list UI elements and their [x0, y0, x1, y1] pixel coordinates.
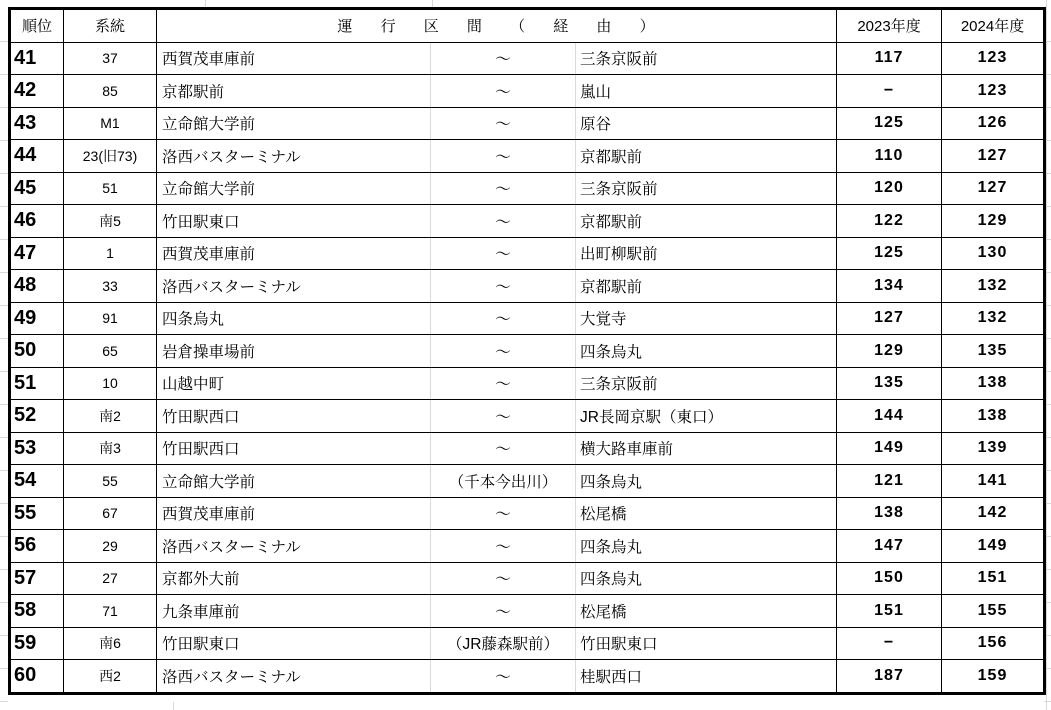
table-row: 4285京都駅前～嵐山−123 [10, 75, 1045, 108]
rank-cell: 55 [10, 497, 64, 530]
rank-cell: 51 [10, 367, 64, 400]
destination-cell: 桂駅西口 [576, 660, 837, 694]
origin-cell: 洛西バスターミナル [157, 660, 431, 694]
bus-route-ranking-table: 順位 系統 運 行 区 間 （ 経 由 ） 2023年度 2024年度 4137… [8, 7, 1046, 695]
fy2024-value-cell: 142 [942, 497, 1045, 530]
rank-cell: 44 [10, 140, 64, 173]
rank-cell: 58 [10, 595, 64, 628]
rank-cell: 49 [10, 302, 64, 335]
fy2024-value-cell: 159 [942, 660, 1045, 694]
header-rank: 順位 [10, 9, 64, 43]
fy2024-value-cell: 138 [942, 400, 1045, 433]
table-row: 4423(旧73)洛西バスターミナル～京都駅前110127 [10, 140, 1045, 173]
route-number-cell: 南2 [64, 400, 157, 433]
via-cell: ～ [431, 270, 576, 303]
route-number-cell: 10 [64, 367, 157, 400]
via-cell: （千本今出川） [431, 465, 576, 498]
fy2023-value-cell: 129 [837, 335, 942, 368]
destination-cell: JR長岡京駅（東口） [576, 400, 837, 433]
via-cell: ～ [431, 302, 576, 335]
origin-cell: 洛西バスターミナル [157, 140, 431, 173]
via-cell: ～ [431, 107, 576, 140]
fy2023-value-cell: − [837, 75, 942, 108]
gridline-stub [173, 702, 174, 710]
via-cell: ～ [431, 530, 576, 563]
table-row: 5455立命館大学前（千本今出川）四条烏丸121141 [10, 465, 1045, 498]
origin-cell: 立命館大学前 [157, 465, 431, 498]
fy2024-value-cell: 156 [942, 627, 1045, 660]
destination-cell: 三条京阪前 [576, 42, 837, 75]
destination-cell: 松尾橋 [576, 595, 837, 628]
fy2024-value-cell: 127 [942, 172, 1045, 205]
origin-cell: 西賀茂車庫前 [157, 497, 431, 530]
fy2024-value-cell: 141 [942, 465, 1045, 498]
route-number-cell: 27 [64, 562, 157, 595]
fy2024-value-cell: 139 [942, 432, 1045, 465]
origin-cell: 岩倉操車場前 [157, 335, 431, 368]
fy2024-value-cell: 126 [942, 107, 1045, 140]
table-body: 4137西賀茂車庫前～三条京阪前1171234285京都駅前～嵐山−12343M… [10, 42, 1045, 693]
origin-cell: 西賀茂車庫前 [157, 237, 431, 270]
destination-cell: 四条烏丸 [576, 465, 837, 498]
fy2023-value-cell: 144 [837, 400, 942, 433]
via-cell: （JR藤森駅前） [431, 627, 576, 660]
fy2024-value-cell: 155 [942, 595, 1045, 628]
fy2023-value-cell: 122 [837, 205, 942, 238]
fy2024-value-cell: 138 [942, 367, 1045, 400]
destination-cell: 横大路車庫前 [576, 432, 837, 465]
table-row: 471西賀茂車庫前～出町柳駅前125130 [10, 237, 1045, 270]
rank-cell: 53 [10, 432, 64, 465]
fy2023-value-cell: 187 [837, 660, 942, 694]
destination-cell: 四条烏丸 [576, 562, 837, 595]
origin-cell: 竹田駅西口 [157, 432, 431, 465]
route-number-cell: M1 [64, 107, 157, 140]
origin-cell: 山越中町 [157, 367, 431, 400]
header-fy2023: 2023年度 [837, 9, 942, 43]
table-row: 5110山越中町～三条京阪前135138 [10, 367, 1045, 400]
table-row: 5065岩倉操車場前～四条烏丸129135 [10, 335, 1045, 368]
destination-cell: 大覚寺 [576, 302, 837, 335]
header-fy2024: 2024年度 [942, 9, 1045, 43]
fy2024-value-cell: 135 [942, 335, 1045, 368]
fy2023-value-cell: 120 [837, 172, 942, 205]
rank-cell: 47 [10, 237, 64, 270]
header-route-number: 系統 [64, 9, 157, 43]
via-cell: ～ [431, 335, 576, 368]
rank-cell: 60 [10, 660, 64, 694]
table-row: 60西2洛西バスターミナル～桂駅西口187159 [10, 660, 1045, 694]
rank-cell: 52 [10, 400, 64, 433]
table-row: 59南6竹田駅東口（JR藤森駅前）竹田駅東口−156 [10, 627, 1045, 660]
route-number-cell: 37 [64, 42, 157, 75]
fy2023-value-cell: 135 [837, 367, 942, 400]
fy2023-value-cell: 150 [837, 562, 942, 595]
route-number-cell: 55 [64, 465, 157, 498]
destination-cell: 竹田駅東口 [576, 627, 837, 660]
spreadsheet-canvas: 順位 系統 運 行 区 間 （ 経 由 ） 2023年度 2024年度 4137… [0, 0, 1051, 710]
table-row: 5727京都外大前～四条烏丸150151 [10, 562, 1045, 595]
fy2023-value-cell: 121 [837, 465, 942, 498]
route-number-cell: 南5 [64, 205, 157, 238]
route-number-cell: 51 [64, 172, 157, 205]
origin-cell: 立命館大学前 [157, 107, 431, 140]
route-number-cell: 1 [64, 237, 157, 270]
origin-cell: 竹田駅東口 [157, 205, 431, 238]
origin-cell: 洛西バスターミナル [157, 530, 431, 563]
fy2024-value-cell: 129 [942, 205, 1045, 238]
table-row: 5567西賀茂車庫前～松尾橋138142 [10, 497, 1045, 530]
fy2023-value-cell: 125 [837, 107, 942, 140]
table-row: 4991四条烏丸～大覚寺127132 [10, 302, 1045, 335]
origin-cell: 西賀茂車庫前 [157, 42, 431, 75]
route-number-cell: 西2 [64, 660, 157, 694]
via-cell: ～ [431, 42, 576, 75]
fy2023-value-cell: 151 [837, 595, 942, 628]
fy2023-value-cell: 117 [837, 42, 942, 75]
rank-cell: 59 [10, 627, 64, 660]
table-row: 46南5竹田駅東口～京都駅前122129 [10, 205, 1045, 238]
destination-cell: 原谷 [576, 107, 837, 140]
fy2024-value-cell: 132 [942, 302, 1045, 335]
header-row: 順位 系統 運 行 区 間 （ 経 由 ） 2023年度 2024年度 [10, 9, 1045, 43]
rank-cell: 46 [10, 205, 64, 238]
gridline-strip-left [0, 41, 8, 703]
fy2024-value-cell: 132 [942, 270, 1045, 303]
rank-cell: 41 [10, 42, 64, 75]
origin-cell: 四条烏丸 [157, 302, 431, 335]
fy2023-value-cell: 127 [837, 302, 942, 335]
destination-cell: 京都駅前 [576, 140, 837, 173]
route-number-cell: 29 [64, 530, 157, 563]
table-row: 5629洛西バスターミナル～四条烏丸147149 [10, 530, 1045, 563]
via-cell: ～ [431, 400, 576, 433]
origin-cell: 竹田駅東口 [157, 627, 431, 660]
rank-cell: 54 [10, 465, 64, 498]
fy2024-value-cell: 123 [942, 75, 1045, 108]
fy2024-value-cell: 123 [942, 42, 1045, 75]
via-cell: ～ [431, 205, 576, 238]
fy2023-value-cell: 147 [837, 530, 942, 563]
fy2023-value-cell: − [837, 627, 942, 660]
route-number-cell: 33 [64, 270, 157, 303]
origin-cell: 九条車庫前 [157, 595, 431, 628]
fy2023-value-cell: 138 [837, 497, 942, 530]
destination-cell: 嵐山 [576, 75, 837, 108]
origin-cell: 立命館大学前 [157, 172, 431, 205]
table-row: 4551立命館大学前～三条京阪前120127 [10, 172, 1045, 205]
via-cell: ～ [431, 75, 576, 108]
via-cell: ～ [431, 237, 576, 270]
table-row: 52南2竹田駅西口～JR長岡京駅（東口）144138 [10, 400, 1045, 433]
origin-cell: 京都駅前 [157, 75, 431, 108]
rank-cell: 48 [10, 270, 64, 303]
fy2023-value-cell: 125 [837, 237, 942, 270]
destination-cell: 四条烏丸 [576, 335, 837, 368]
route-number-cell: 67 [64, 497, 157, 530]
via-cell: ～ [431, 497, 576, 530]
via-cell: ～ [431, 140, 576, 173]
via-cell: ～ [431, 595, 576, 628]
route-number-cell: 23(旧73) [64, 140, 157, 173]
origin-cell: 洛西バスターミナル [157, 270, 431, 303]
table-row: 43M1立命館大学前～原谷125126 [10, 107, 1045, 140]
table-row: 4137西賀茂車庫前～三条京阪前117123 [10, 42, 1045, 75]
via-cell: ～ [431, 172, 576, 205]
route-number-cell: 南6 [64, 627, 157, 660]
route-number-cell: 85 [64, 75, 157, 108]
via-cell: ～ [431, 660, 576, 694]
destination-cell: 三条京阪前 [576, 172, 837, 205]
fy2024-value-cell: 151 [942, 562, 1045, 595]
fy2024-value-cell: 130 [942, 237, 1045, 270]
rank-cell: 50 [10, 335, 64, 368]
destination-cell: 四条烏丸 [576, 530, 837, 563]
fy2023-value-cell: 110 [837, 140, 942, 173]
via-cell: ～ [431, 432, 576, 465]
header-operating-section: 運 行 区 間 （ 経 由 ） [157, 9, 837, 43]
rank-cell: 42 [10, 75, 64, 108]
fy2023-value-cell: 134 [837, 270, 942, 303]
rank-cell: 45 [10, 172, 64, 205]
origin-cell: 竹田駅西口 [157, 400, 431, 433]
fy2024-value-cell: 149 [942, 530, 1045, 563]
route-number-cell: 南3 [64, 432, 157, 465]
destination-cell: 出町柳駅前 [576, 237, 837, 270]
destination-cell: 京都駅前 [576, 205, 837, 238]
table-row: 4833洛西バスターミナル～京都駅前134132 [10, 270, 1045, 303]
table-row: 53南3竹田駅西口～横大路車庫前149139 [10, 432, 1045, 465]
route-number-cell: 65 [64, 335, 157, 368]
via-cell: ～ [431, 367, 576, 400]
fy2024-value-cell: 127 [942, 140, 1045, 173]
route-number-cell: 91 [64, 302, 157, 335]
via-cell: ～ [431, 562, 576, 595]
rank-cell: 56 [10, 530, 64, 563]
rank-cell: 57 [10, 562, 64, 595]
table-row: 5871九条車庫前～松尾橋151155 [10, 595, 1045, 628]
fy2023-value-cell: 149 [837, 432, 942, 465]
route-number-cell: 71 [64, 595, 157, 628]
origin-cell: 京都外大前 [157, 562, 431, 595]
destination-cell: 松尾橋 [576, 497, 837, 530]
destination-cell: 三条京阪前 [576, 367, 837, 400]
destination-cell: 京都駅前 [576, 270, 837, 303]
rank-cell: 43 [10, 107, 64, 140]
